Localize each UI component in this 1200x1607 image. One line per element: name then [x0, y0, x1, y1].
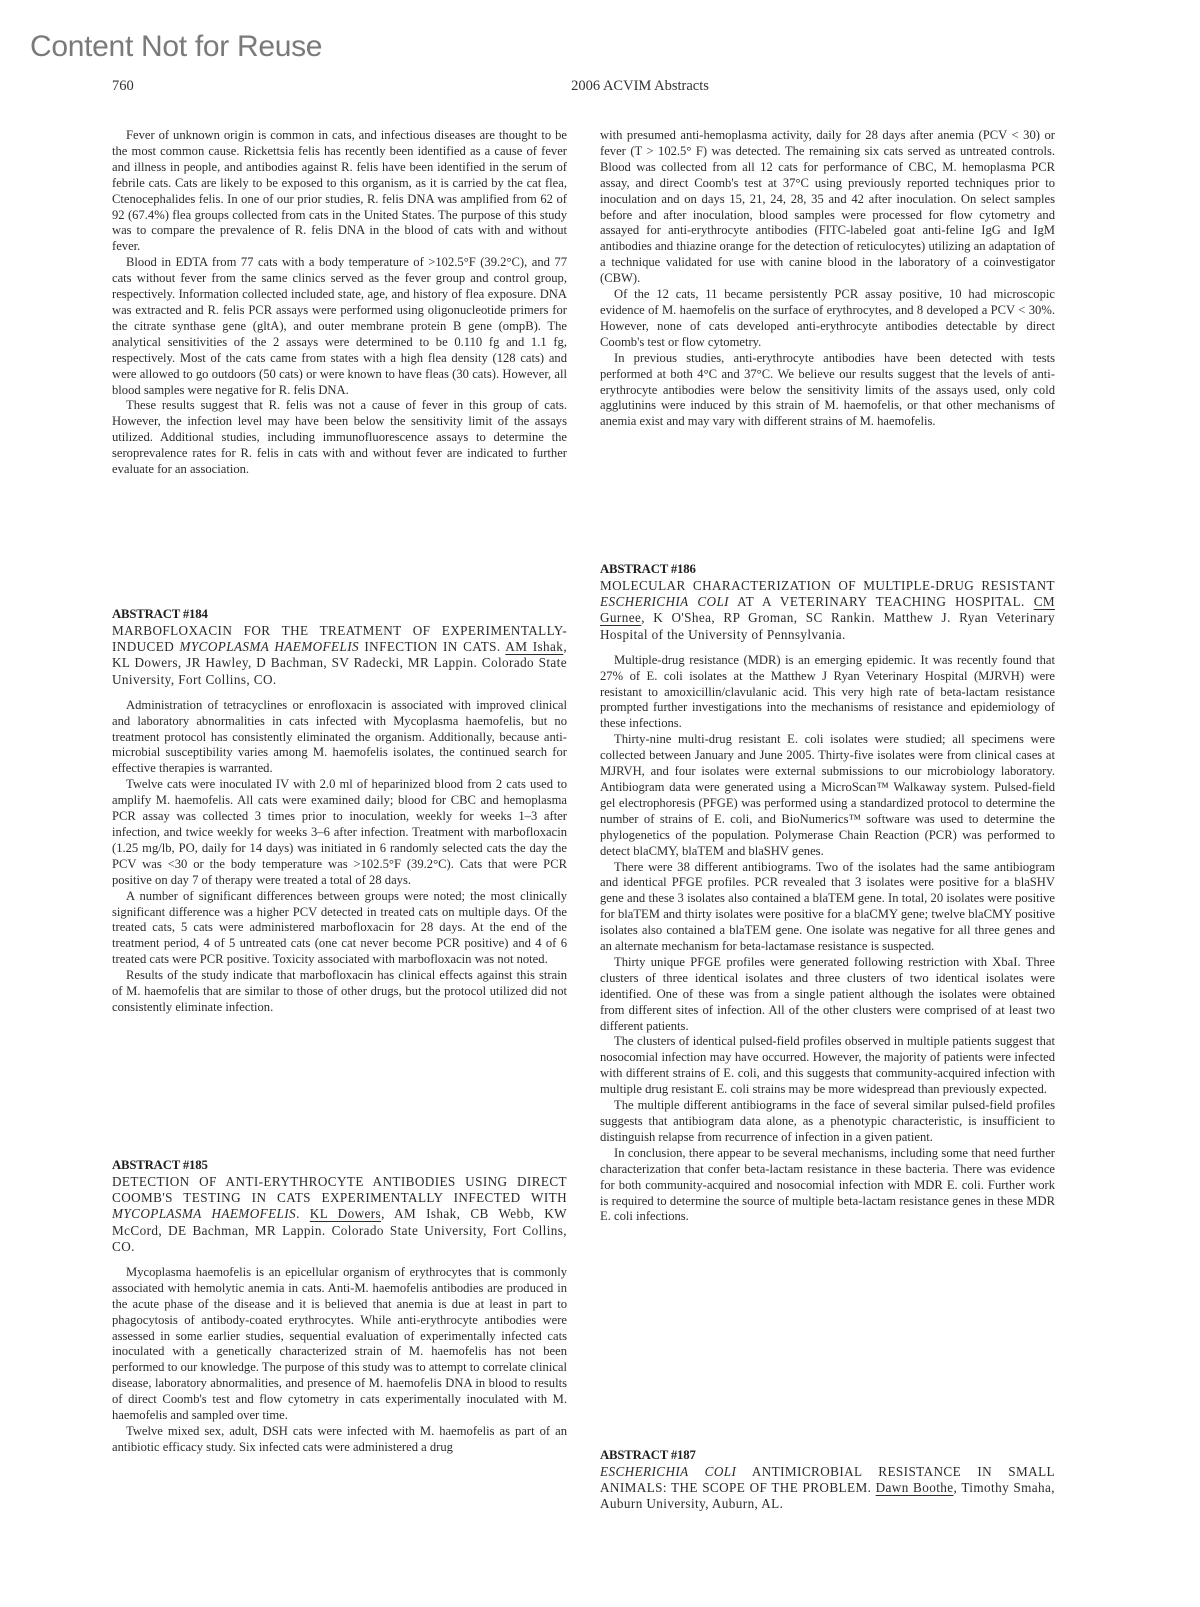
paragraph: The clusters of identical pulsed-field p…	[600, 1034, 1055, 1098]
paragraph: Thirty-nine multi-drug resistant E. coli…	[600, 732, 1055, 859]
paragraph: A number of significant differences betw…	[112, 889, 567, 969]
abstract-label: ABSTRACT #187	[600, 1448, 1055, 1464]
paragraph: In conclusion, there appear to be severa…	[600, 1146, 1055, 1226]
paragraph: These results suggest that R. felis was …	[112, 398, 567, 478]
presenting-author: Dawn Boothe	[876, 1480, 954, 1495]
paragraph: with presumed anti-hemoplasma activity, …	[600, 128, 1055, 287]
abstract-label: ABSTRACT #186	[600, 562, 1055, 578]
abstract-title: MARBOFLOXACIN FOR THE TREATMENT OF EXPER…	[112, 623, 567, 688]
title-italic-organism: MYCOPLASMA HAEMOFELIS	[112, 1206, 296, 1221]
presenting-author: KL Dowers	[310, 1206, 381, 1221]
abstract-title: DETECTION OF ANTI-ERYTHROCYTE ANTIBODIES…	[112, 1174, 567, 1255]
paragraph: Results of the study indicate that marbo…	[112, 968, 567, 1016]
paragraph: Administration of tetracyclines or enrof…	[112, 698, 567, 778]
paragraph: Of the 12 cats, 11 became persistently P…	[600, 287, 1055, 351]
abstract-187: ABSTRACT #187 ESCHERICHIA COLI ANTIMICRO…	[600, 1448, 1055, 1513]
paragraph: Thirty unique PFGE profiles were generat…	[600, 955, 1055, 1035]
title-text: DETECTION OF ANTI-ERYTHROCYTE ANTIBODIES…	[112, 1174, 567, 1205]
authors-affiliation: , K O'Shea, RP Groman, SC Rankin. Matthe…	[600, 610, 1055, 641]
paragraph: Mycoplasma haemofelis is an epicellular …	[112, 1265, 567, 1424]
previous-abstract-continuation: Fever of unknown origin is common in cat…	[112, 128, 567, 478]
paragraph: Twelve mixed sex, adult, DSH cats were i…	[112, 1424, 567, 1456]
paragraph: There were 38 different antibiograms. Tw…	[600, 860, 1055, 955]
title-text: INFECTION IN CATS.	[359, 639, 501, 654]
paragraph: In previous studies, anti-erythrocyte an…	[600, 351, 1055, 431]
title-text: MOLECULAR CHARACTERIZATION OF MULTIPLE-D…	[600, 578, 1055, 593]
title-italic-organism: ESCHERICHIA COLI	[600, 1464, 736, 1479]
presenting-author: AM Ishak	[505, 639, 563, 654]
title-text: AT A VETERINARY TEACHING HOSPITAL.	[729, 594, 1025, 609]
title-italic-organism: ESCHERICHIA COLI	[600, 594, 729, 609]
abstract-184: ABSTRACT #184 MARBOFLOXACIN FOR THE TREA…	[112, 607, 567, 1016]
abstract-185-continued: with presumed anti-hemoplasma activity, …	[600, 128, 1055, 430]
paragraph: Fever of unknown origin is common in cat…	[112, 128, 567, 255]
paragraph: Multiple-drug resistance (MDR) is an eme…	[600, 653, 1055, 733]
title-italic-organism: MYCOPLASMA HAEMOFELIS	[180, 639, 359, 654]
watermark: Content Not for Reuse	[30, 30, 322, 64]
title-text: .	[296, 1206, 300, 1221]
abstract-186: ABSTRACT #186 MOLECULAR CHARACTERIZATION…	[600, 562, 1055, 1225]
abstract-title: MOLECULAR CHARACTERIZATION OF MULTIPLE-D…	[600, 578, 1055, 643]
abstract-label: ABSTRACT #184	[112, 607, 567, 623]
abstract-title: ESCHERICHIA COLI ANTIMICROBIAL RESISTANC…	[600, 1464, 1055, 1513]
paragraph: Blood in EDTA from 77 cats with a body t…	[112, 255, 567, 398]
abstract-label: ABSTRACT #185	[112, 1158, 567, 1174]
paragraph: The multiple different antibiograms in t…	[600, 1098, 1055, 1146]
paragraph: Twelve cats were inoculated IV with 2.0 …	[112, 777, 567, 888]
abstract-185: ABSTRACT #185 DETECTION OF ANTI-ERYTHROC…	[112, 1158, 567, 1456]
running-head: 2006 ACVIM Abstracts	[0, 78, 1200, 95]
